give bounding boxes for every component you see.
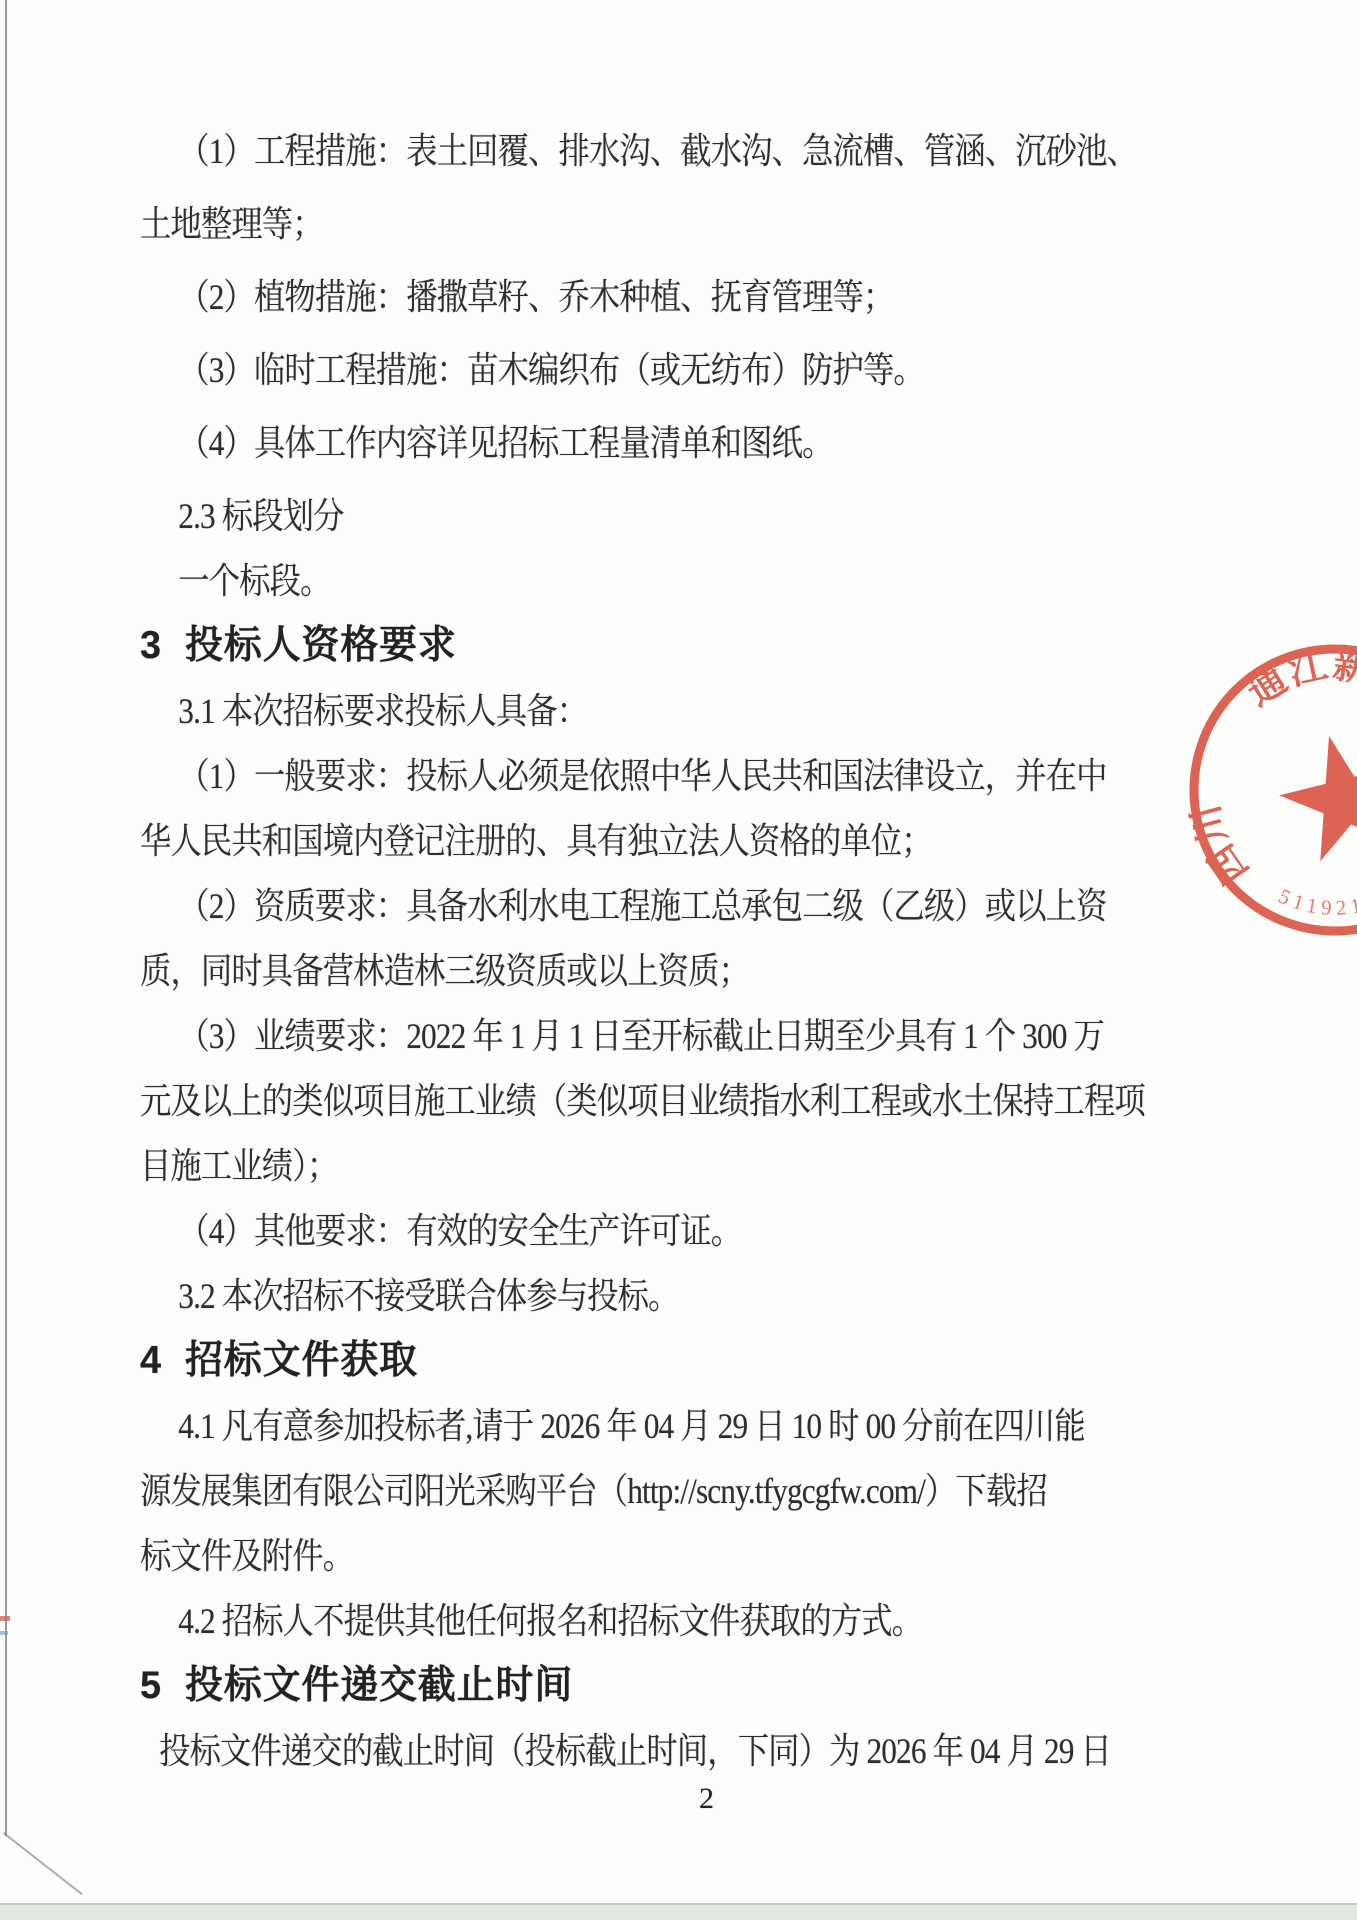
- doc-line: 目施工业绩）；: [140, 1143, 1080, 1208]
- doc-subsection-4-1: 4.1 凡有意参加投标者,请于 2026 年 04 月 29 日 10 时 00…: [140, 1403, 1080, 1468]
- document-body: （1）工程措施：表土回覆、排水沟、截水沟、急流槽、管涵、沉砂池、 土地整理等； …: [140, 128, 1220, 1793]
- page-number: 2: [0, 1782, 1357, 1816]
- section-heading-4: 4 招标文件获取: [140, 1338, 1188, 1403]
- doc-line: （1）工程措施：表土回覆、排水沟、截水沟、急流槽、管涵、沉砂池、: [140, 128, 1080, 201]
- section-heading-5: 5 投标文件递交截止时间: [140, 1663, 1188, 1728]
- scan-edge-line: [5, 0, 7, 1836]
- doc-subsection-4-2: 4.2 招标人不提供其他任何报名和招标文件获取的方式。: [140, 1598, 1080, 1663]
- section-heading-3: 3 投标人资格要求: [140, 623, 1188, 688]
- doc-line: 质，同时具备营林造林三级资质或以上资质；: [140, 948, 1080, 1013]
- scan-blue-mark: [0, 1631, 8, 1635]
- doc-subsection-3-1: 3.1 本次招标要求投标人具备：: [140, 688, 1080, 753]
- doc-line: 土地整理等；: [140, 201, 1080, 274]
- doc-line: 一个标段。: [140, 558, 1080, 623]
- doc-line: （3）业绩要求：2022 年 1 月 1 日至开标截止日期至少具有 1 个 30…: [140, 1013, 1080, 1078]
- scan-bottom-edge: [0, 1903, 1357, 1920]
- scan-red-mark: [0, 1616, 10, 1621]
- doc-subsection-2-3: 2.3 标段划分: [140, 493, 1080, 558]
- doc-line: 华人民共和国境内登记注册的、具有独立法人资格的单位；: [140, 818, 1080, 883]
- doc-line: （4）具体工作内容详见招标工程量清单和图纸。: [140, 420, 1080, 493]
- seal-serial-number: 5119210: [1275, 884, 1357, 920]
- doc-subsection-3-2: 3.2 本次招标不接受联合体参与投标。: [140, 1273, 1080, 1338]
- scan-corner-curl: [3, 1832, 83, 1895]
- doc-line: 标文件及附件。: [140, 1533, 1080, 1598]
- doc-line: （4）其他要求：有效的安全生产许可证。: [140, 1208, 1080, 1273]
- scanned-document-page: （1）工程措施：表土回覆、排水沟、截水沟、急流槽、管涵、沉砂池、 土地整理等； …: [0, 0, 1357, 1920]
- doc-line: （2）资质要求：具备水利水电工程施工总承包二级（乙级）或以上资: [140, 883, 1080, 948]
- seal-arc-text-top: 通江新能: [1240, 644, 1357, 714]
- doc-line: （1）一般要求：投标人必须是依照中华人民共和国法律设立，并在中: [140, 753, 1080, 818]
- seal-star: [1268, 721, 1357, 867]
- doc-line: 元及以上的类似项目施工业绩（类似项目业绩指水利工程或水土保持工程项: [140, 1078, 1080, 1143]
- doc-line: （3）临时工程措施：苗木编织布（或无纺布）防护等。: [140, 347, 1080, 420]
- doc-line: （2）植物措施：播撒草籽、乔木种植、抚育管理等；: [140, 274, 1080, 347]
- doc-line: 源发展集团有限公司阳光采购平台（http://scny.tfygcgfw.com…: [140, 1468, 1080, 1533]
